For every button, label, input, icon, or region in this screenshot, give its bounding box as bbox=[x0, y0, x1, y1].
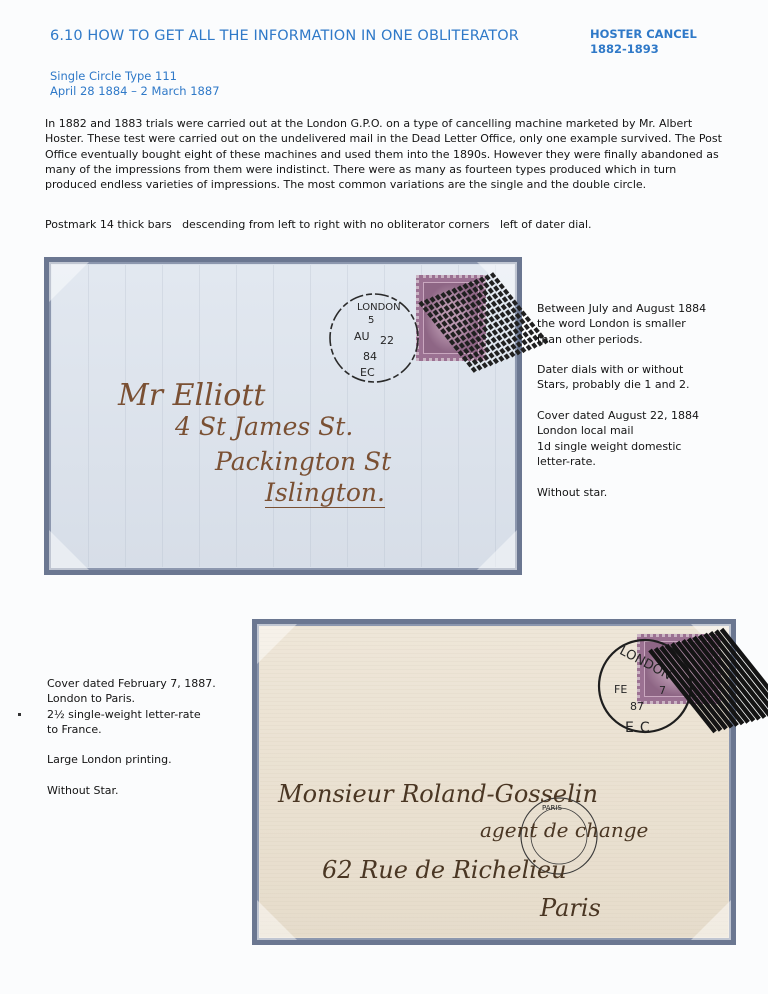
cover2-notes: Cover dated February 7, 1887.London to P… bbox=[47, 676, 247, 814]
note-paragraph: Without Star. bbox=[47, 783, 247, 798]
dater-month: FE bbox=[614, 683, 627, 696]
address-line: Paris bbox=[540, 894, 601, 922]
dater-year: 87 bbox=[630, 700, 644, 713]
note-paragraph: Cover dated February 7, 1887.London to P… bbox=[47, 676, 247, 737]
dater-day: 7 bbox=[659, 684, 666, 697]
margin-mark bbox=[18, 713, 21, 716]
dater-district: EC bbox=[625, 720, 656, 736]
address-line: 62 Rue de Richelieu bbox=[322, 856, 567, 884]
address-line: agent de change bbox=[480, 818, 648, 842]
note-paragraph: Large London printing. bbox=[47, 752, 247, 767]
cover2-cancellation: LONDON FE 7 87 EC PARIS bbox=[0, 0, 768, 994]
address-line: Monsieur Roland-Gosselin bbox=[278, 780, 598, 808]
